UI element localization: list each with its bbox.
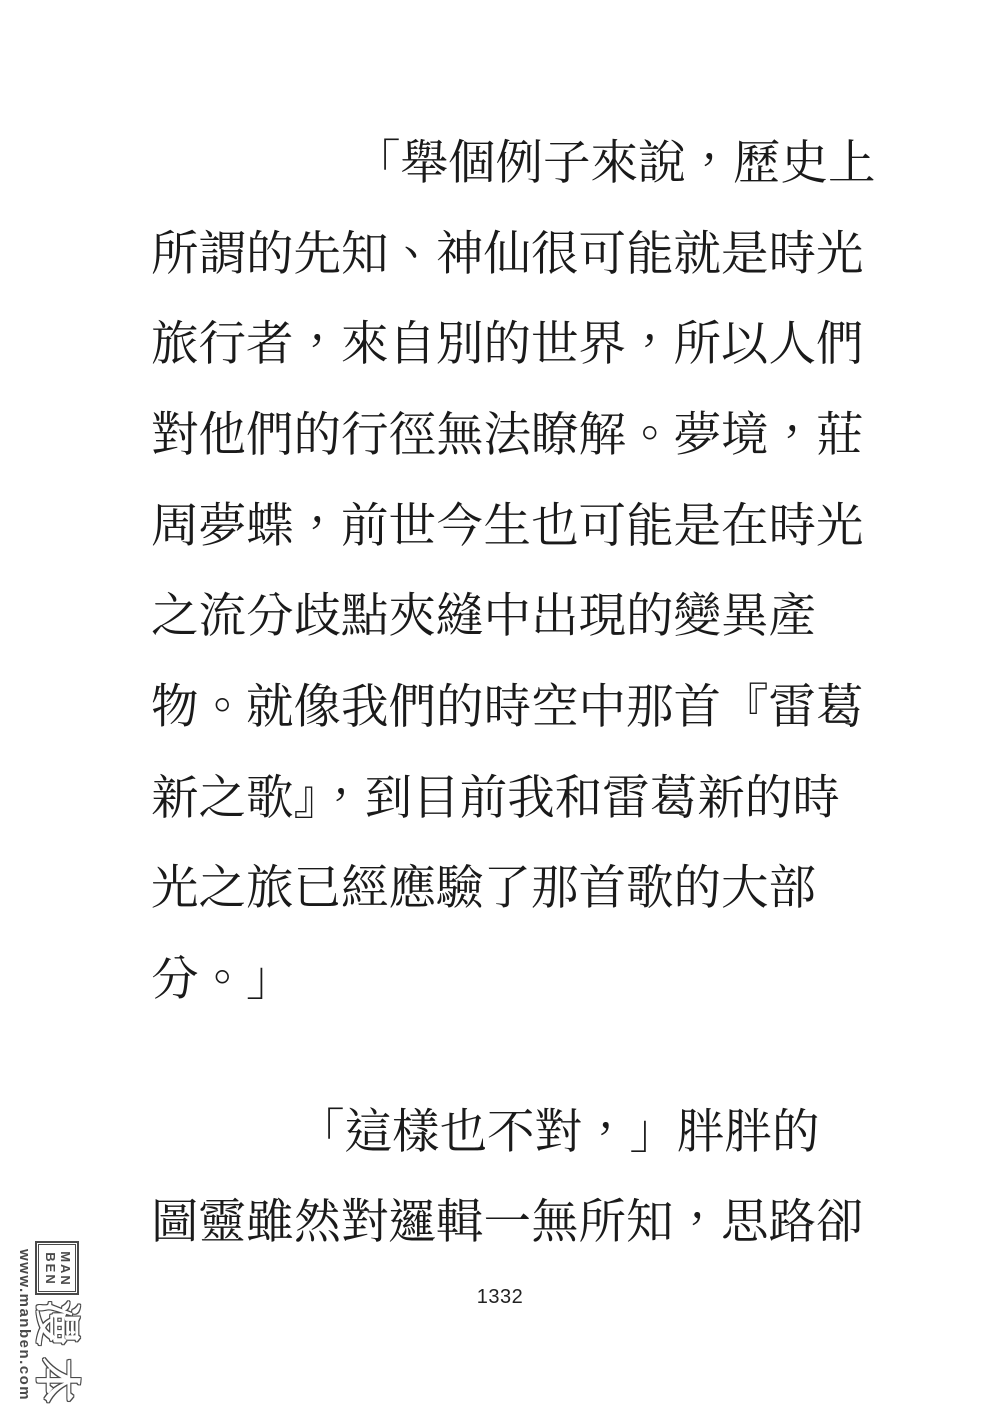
text-line: 光之旅已經應驗了那首歌的大部: [151, 865, 816, 913]
text-line: 之流分歧點夾縫中出現的變異產: [151, 593, 816, 641]
text-line: 物。就像我們的時空中那首『雷葛: [151, 684, 864, 732]
text-line: 新之歌』，到目前我和雷葛新的時: [151, 775, 840, 823]
ebook-page: 「舉個例子來說，歷史上 所謂的先知、神仙很可能就是時光 旅行者，來自別的世界，所…: [0, 0, 1000, 1414]
watermark-logo: MAN BEN 漫 本 www.manben.com: [18, 1241, 80, 1414]
text-line: 圖靈雖然對邏輯一無所知，思路卻: [151, 1199, 864, 1247]
watermark-url: www.manben.com: [16, 1241, 33, 1414]
logo-character-ben: 本: [34, 1352, 80, 1409]
page-number: 1332: [0, 1286, 1000, 1309]
manben-logo-box: MAN BEN: [35, 1241, 79, 1295]
watermark-graphic: MAN BEN 漫 本: [34, 1241, 80, 1414]
logo-text-man: MAN: [57, 1249, 72, 1287]
text-line: 分。」: [151, 956, 294, 1004]
text-line: 「這樣也不對，」胖胖的: [297, 1109, 820, 1157]
logo-character-man: 漫: [34, 1295, 80, 1352]
text-line: 對他們的行徑無法瞭解。夢境，莊: [151, 412, 864, 460]
manben-logo-box-inner: MAN BEN: [38, 1244, 76, 1292]
text-line: 「舉個例子來說，歷史上: [353, 140, 876, 188]
text-line: 周夢蝶，前世今生也可能是在時光: [151, 503, 864, 551]
text-line: 所謂的先知、神仙很可能就是時光: [151, 231, 864, 279]
text-line: 旅行者，來自別的世界，所以人們: [151, 321, 864, 369]
logo-text-ben: BEN: [42, 1250, 57, 1285]
